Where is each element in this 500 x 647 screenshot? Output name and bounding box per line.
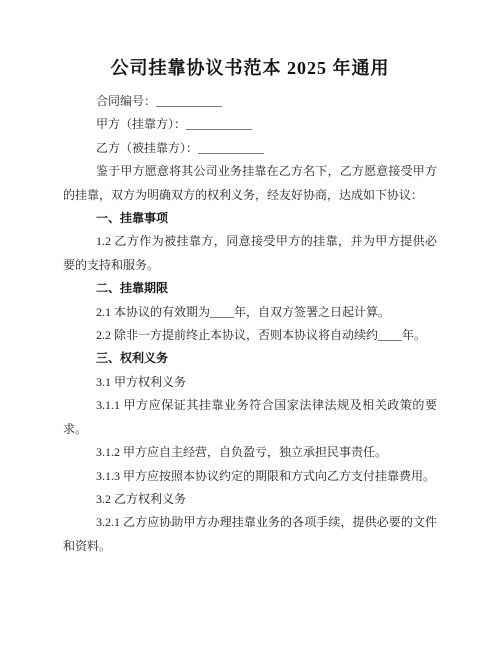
party-a-label: 甲方（挂靠方）： [96,117,186,131]
section-1-heading: 一、挂靠事项 [63,207,437,230]
section-3-heading: 三、权利义务 [63,347,437,370]
party-a-blank: ___________ [186,117,252,131]
clause-3-1: 3.1 甲方权利义务 [63,371,437,394]
clause-3-2-1: 3.2.1 乙方应协助甲方办理挂靠业务的各项手续，提供必要的文件和资料。 [63,511,437,558]
clause-3-2: 3.2 乙方权利义务 [63,488,437,511]
party-b-label: 乙方（被挂靠方）： [96,141,198,155]
clause-3-1-2: 3.1.2 甲方应自主经营，自负盈亏，独立承担民事责任。 [63,441,437,464]
clause-1-2: 1.2 乙方作为被挂靠方，同意接受甲方的挂靠，并为甲方提供必要的支持和服务。 [63,230,437,277]
clause-3-1-1: 3.1.1 甲方应保证其挂靠业务符合国家法律法规及相关政策的要求。 [63,394,437,441]
party-a-field: 甲方（挂靠方）：___________ [63,113,437,136]
clause-2-1: 2.1 本协议的有效期为____年，自双方签署之日起计算。 [63,301,437,324]
contract-number-label: 合同编号： [96,94,156,108]
contract-number-field: 合同编号：___________ [63,90,437,113]
party-b-field: 乙方（被挂靠方）：___________ [63,137,437,160]
clause-3-1-3: 3.1.3 甲方应按照本协议约定的期限和方式向乙方支付挂靠费用。 [63,465,437,488]
preamble-paragraph: 鉴于甲方愿意将其公司业务挂靠在乙方名下，乙方愿意接受甲方的挂靠，双方为明确双方的… [63,160,437,207]
page-title: 公司挂靠协议书范本 2025 年通用 [0,55,500,81]
document-page: 公司挂靠协议书范本 2025 年通用 合同编号：___________ 甲方（挂… [0,0,500,647]
section-2-heading: 二、挂靠期限 [63,277,437,300]
clause-2-2: 2.2 除非一方提前终止本协议，否则本协议将自动续约____年。 [63,324,437,347]
party-b-blank: ___________ [198,141,264,155]
contract-number-blank: ___________ [156,94,222,108]
document-body: 合同编号：___________ 甲方（挂靠方）：___________ 乙方（… [63,90,437,558]
